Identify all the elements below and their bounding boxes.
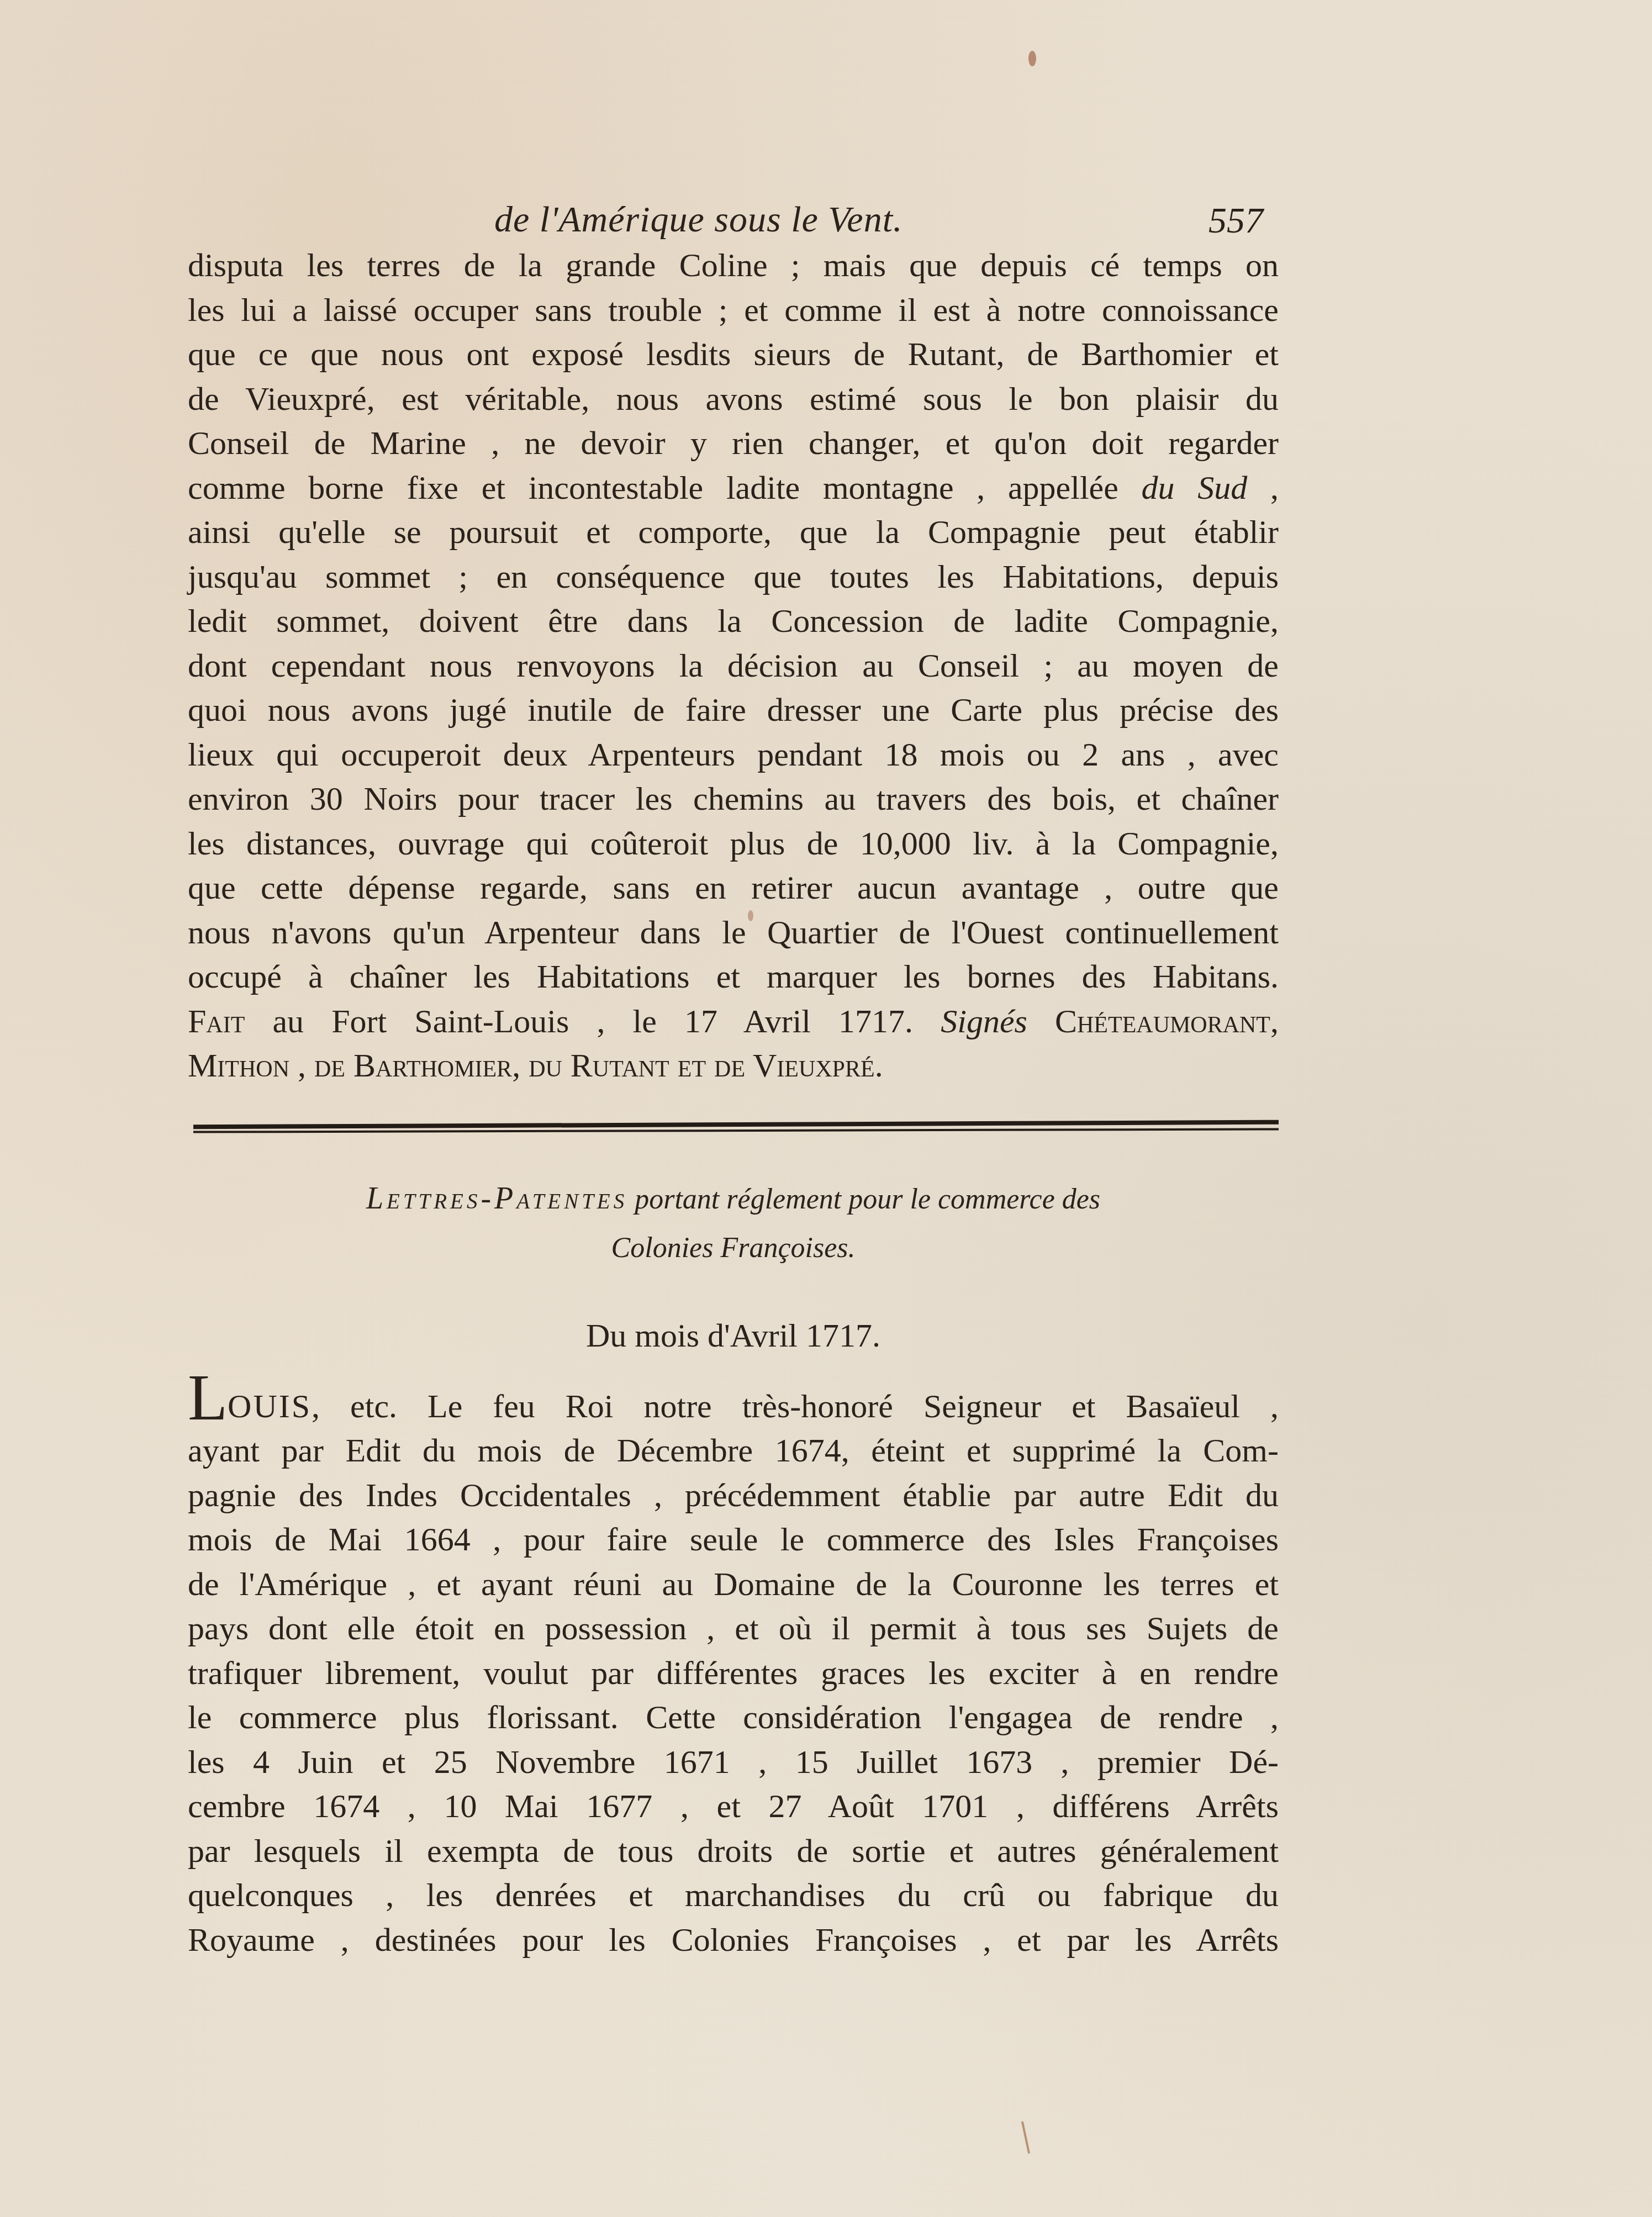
text-line: ledit sommet, doivent être dans la Conce… — [188, 599, 1279, 643]
text-line: lieux qui occuperoit deux Arpenteurs pen… — [188, 732, 1279, 777]
section-title-line-2: Colonies Françoises. — [188, 1224, 1279, 1273]
ink-stain — [1028, 51, 1036, 66]
paragraph-continued: disputa les terres de la grande Coline ;… — [188, 243, 1279, 1088]
text-line-first: LOUIS, etc. Le feu Roi notre très-honoré… — [188, 1381, 1279, 1429]
text-line: que ce que nous ont exposé lesdits sieur… — [188, 332, 1279, 377]
text-line: que cette dépense regarde, sans en retir… — [188, 865, 1279, 910]
section-title-line-1: Lettres-Patentes portant réglement pour … — [188, 1174, 1279, 1224]
text-line: les 4 Juin et 25 Novembre 1671 , 15 Juil… — [188, 1740, 1279, 1785]
running-title: de l'Amérique sous le Vent. — [494, 199, 902, 241]
first-line-rest: , etc. Le feu Roi notre très-honoré Seig… — [312, 1388, 1279, 1424]
text-line: cembre 1674 , 10 Mai 1677 , et 27 Août 1… — [188, 1784, 1279, 1829]
paragraph-louis: LOUIS, etc. Le feu Roi notre très-honoré… — [188, 1381, 1279, 1962]
text-line: environ 30 Noirs pour tracer les chemins… — [188, 777, 1279, 821]
paper-mark — [1021, 2121, 1030, 2154]
fait-word: Fait — [188, 1003, 245, 1039]
italic-place-name: du Sud — [1142, 469, 1248, 506]
text-segment: comme borne fixe et incontestable ladite… — [188, 469, 1142, 506]
rule-thick — [193, 1120, 1279, 1129]
text-line: par lesquels il exempta de tous droits d… — [188, 1829, 1279, 1873]
text-line: les lui a laissé occuper sans trouble ; … — [188, 288, 1279, 332]
signes-word: Signés — [941, 1003, 1027, 1039]
book-page: de l'Amérique sous le Vent. 557 disputa … — [188, 188, 1279, 1962]
text-line: Conseil de Marine , ne devoir y rien cha… — [188, 421, 1279, 466]
text-line: occupé à chaîner les Habitations et marq… — [188, 954, 1279, 999]
rule-thin — [193, 1128, 1279, 1133]
text-line: pays dont elle étoit en possession , et … — [188, 1606, 1279, 1651]
text-line: ayant par Edit du mois de Décembre 1674,… — [188, 1428, 1279, 1473]
text-line: quelconques , les denrées et marchandise… — [188, 1873, 1279, 1918]
text-line: disputa les terres de la grande Coline ;… — [188, 243, 1279, 288]
text-line: les distances, ouvrage qui coûteroit plu… — [188, 821, 1279, 866]
page-number: 557 — [1208, 200, 1263, 242]
section-date: Du mois d'Avril 1717. — [188, 1317, 1279, 1355]
text-line: mois de Mai 1664 , pour faire seule le c… — [188, 1517, 1279, 1562]
text-line: le commerce plus florissant. Cette consi… — [188, 1695, 1279, 1740]
section-title-rest: portant réglement pour le commerce des — [627, 1184, 1100, 1215]
section-title: Lettres-Patentes portant réglement pour … — [188, 1174, 1279, 1273]
text-line: dont cependant nous renvoyons la décisio… — [188, 643, 1279, 688]
text-line: ainsi qu'elle se poursuit et comporte, q… — [188, 510, 1279, 555]
double-rule-divider — [188, 1122, 1279, 1131]
text-line: quoi nous avons jugé inutile de faire dr… — [188, 688, 1279, 732]
text-line: de Vieuxpré, est véritable, nous avons e… — [188, 377, 1279, 421]
signatory: Chéteaumorant, — [1027, 1003, 1279, 1039]
text-line: de l'Amérique , et ayant réuni au Domain… — [188, 1562, 1279, 1607]
text-line: pagnie des Indes Occidentales , précédem… — [188, 1473, 1279, 1518]
section-title-caps: Lettres-Patentes — [366, 1181, 627, 1216]
text-line: comme borne fixe et incontestable ladite… — [188, 466, 1279, 510]
text-segment: , — [1247, 469, 1279, 506]
signatories-line: Mithon , de Barthomier, du Rutant et de … — [188, 1043, 1279, 1088]
running-head: de l'Amérique sous le Vent. 557 — [188, 188, 1279, 243]
text-line: Royaume , destinées pour les Colonies Fr… — [188, 1918, 1279, 1962]
text-line: nous n'avons qu'un Arpenteur dans le Qua… — [188, 910, 1279, 955]
first-word-rest: OUIS — [228, 1388, 312, 1424]
closing-line: Fait au Fort Saint-Louis , le 17 Avril 1… — [188, 999, 1279, 1044]
text-line: jusqu'au sommet ; en conséquence que tou… — [188, 555, 1279, 599]
drop-cap: L — [188, 1361, 228, 1434]
text-line: trafiquer librement, voulut par différen… — [188, 1651, 1279, 1696]
place-date: au Fort Saint-Louis , le 17 Avril 1717. — [245, 1003, 941, 1039]
